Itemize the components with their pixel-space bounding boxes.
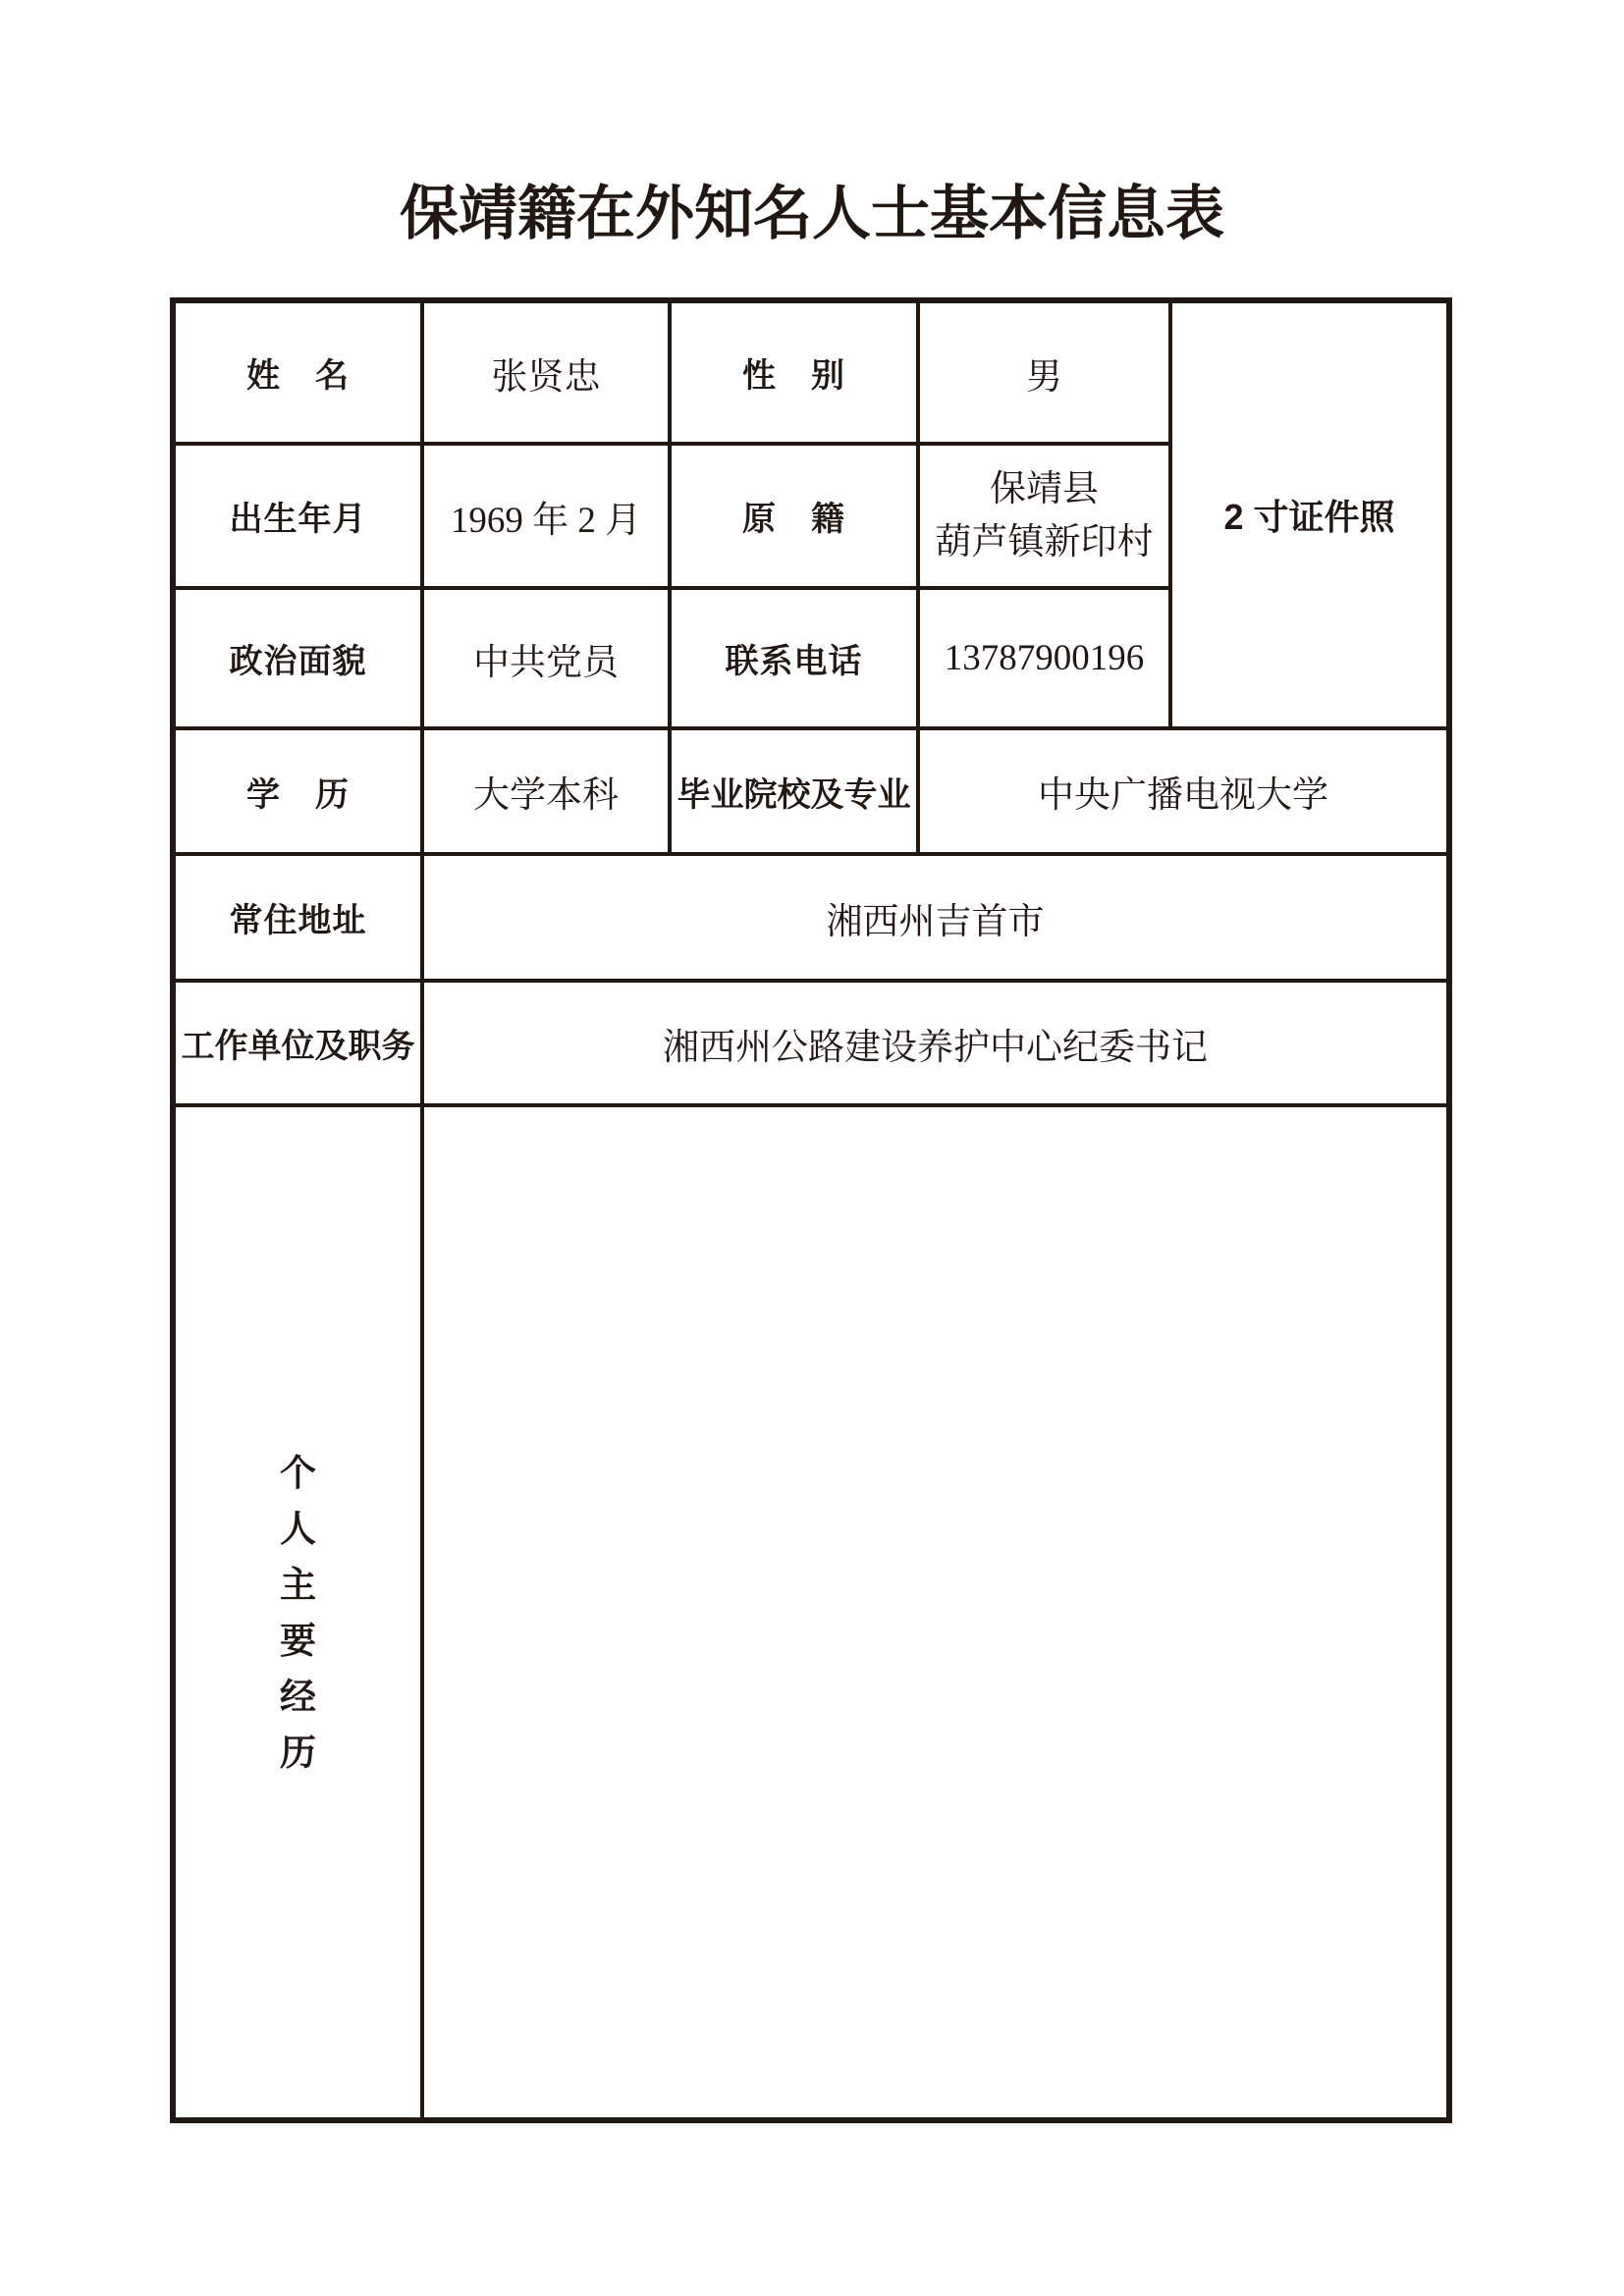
gender-value: 男 (918, 300, 1170, 444)
gender-label: 性 别 (670, 300, 918, 444)
name-label: 姓 名 (173, 300, 422, 444)
name-value: 张贤忠 (422, 300, 670, 444)
row-work: 工作单位及职务 湘西州公路建设养护中心纪委书记 (173, 981, 1449, 1105)
birth-label: 出生年月 (173, 444, 422, 588)
birth-value: 1969 年 2 月 (422, 444, 670, 588)
photo-placeholder: 2 寸证件照 (1170, 300, 1449, 728)
page-title: 保靖籍在外知名人士基本信息表 (0, 179, 1624, 249)
education-label: 学 历 (173, 728, 422, 854)
info-table: 姓 名 张贤忠 性 别 男 2 寸证件照 出生年月 1969 年 2 月 原 籍… (170, 297, 1452, 2123)
origin-value: 保靖县 葫芦镇新印村 (918, 444, 1170, 588)
work-value: 湘西州公路建设养护中心纪委书记 (422, 981, 1449, 1105)
work-label: 工作单位及职务 (173, 981, 422, 1105)
address-label: 常住地址 (173, 854, 422, 981)
education-value: 大学本科 (422, 728, 670, 854)
row-name-gender: 姓 名 张贤忠 性 别 男 2 寸证件照 (173, 300, 1449, 444)
address-value: 湘西州吉首市 (422, 854, 1449, 981)
phone-label: 联系电话 (670, 588, 918, 728)
school-label: 毕业院校及专业 (670, 728, 918, 854)
document-page: 保靖籍在外知名人士基本信息表 姓 名 张贤忠 性 别 男 2 寸证件照 出生年月… (0, 0, 1624, 2296)
political-value: 中共党员 (422, 588, 670, 728)
phone-value: 13787900196 (918, 588, 1170, 728)
row-education-school: 学 历 大学本科 毕业院校及专业 中央广播电视大学 (173, 728, 1449, 854)
row-address: 常住地址 湘西州吉首市 (173, 854, 1449, 981)
experience-value (422, 1105, 1449, 2120)
political-label: 政治面貌 (173, 588, 422, 728)
row-experience: 个 人 主 要 经 历 (173, 1105, 1449, 2120)
experience-label: 个 人 主 要 经 历 (173, 1105, 422, 2120)
origin-label: 原 籍 (670, 444, 918, 588)
school-value: 中央广播电视大学 (918, 728, 1449, 854)
